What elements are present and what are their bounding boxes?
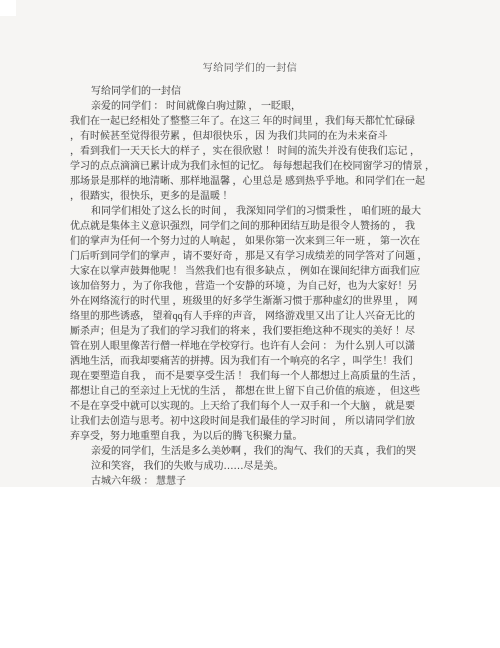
text-line: 古城六年级 ： 慧慧子 bbox=[70, 474, 456, 489]
text-line: 优点就是集体主义意识强烈，同学们之间的那种团结互助是很令人赞扬的 ， 我 bbox=[70, 219, 456, 234]
text-line: 弃享受，努力地重塑自我 ，为以后的腾飞积聚力量。 bbox=[70, 429, 456, 444]
text-line: 学习的点点滴滴已累计成为我们永恒的记忆。 每每想起我们在校同窗学习的情景 ， bbox=[70, 159, 456, 174]
text-line: 外在网络流行的时代里 ，班级里的好多学生渐渐习惯于那种虚幻的世界里 ， 网 bbox=[70, 294, 456, 309]
text-line: 现在要塑造自我 ， 而不是要享受生活 ！ 我们每一个人都想过上高质量的生活 ， bbox=[70, 369, 456, 384]
text-line: ，有时候甚至觉得很劳累 ，但却很快乐 ，因 为我们共同的在为未来奋斗 bbox=[70, 129, 456, 144]
text-line: 亲爱的同学们，生活是多么美妙啊 ，我们的淘气、我们的天真 ，我们的哭 bbox=[70, 444, 456, 459]
text-line: 写给同学们的一封信 bbox=[70, 84, 456, 99]
text-line: 厮杀声；但是为了我们的学习我们的将来 ，我们要拒绝这种不现实的美好 ！尽 bbox=[70, 324, 456, 339]
scan-corner-artifact bbox=[0, 0, 16, 16]
text-line: 不是在享受中就可以实现的。上天给了我们每个人一双手和一个大脑 ， 就是要 bbox=[70, 399, 456, 414]
text-line: 和同学们相处了这么长的时间 ， 我深知同学们的习惯秉性 ， 咱们班的最大 bbox=[70, 204, 456, 219]
text-line: 那场景是那样的地清晰、那样地温馨 ，心里总是 感到热乎乎地。和同学们在一起 bbox=[70, 174, 456, 189]
document-page: 写给同学们的一封信 写给同学们的一封信亲爱的同学们 ： 时间就像白驹过隙 ， 一… bbox=[0, 0, 500, 648]
text-line: 门后听到同学们的掌声 ，请不要好奇 ，那是又有学习成绩差的同学答对了问题 ， bbox=[70, 249, 456, 264]
document-body: 写给同学们的一封信亲爱的同学们 ： 时间就像白驹过隙 ， 一眨眼，我们在一起已经… bbox=[70, 84, 456, 489]
text-line: 亲爱的同学们 ： 时间就像白驹过隙 ， 一眨眼， bbox=[70, 99, 456, 114]
text-line: 让我们去创造与思考。初中这段时间是我们最佳的学习时间 ， 所以请同学们放 bbox=[70, 414, 456, 429]
text-line: 络里的那些诱惑， 望着qq有人手痒的声音， 网络游戏里又出了让人兴奋无比的 bbox=[70, 309, 456, 324]
text-line: ，看到我们一天天长大的样子 ，实在很欣慰 ！ 时间的流失并没有使我们忘记 ， bbox=[70, 144, 456, 159]
document-title: 写给同学们的一封信 bbox=[0, 62, 500, 76]
text-line: 们的掌声为任何一个努力过的人响起 ， 如果你第一次来到三年一班 ， 第一次在 bbox=[70, 234, 456, 249]
text-line: 该加倍努力 ，为了你我他 ，营造一个安静的环境 ，为自己好，也为大家好！另 bbox=[70, 279, 456, 294]
text-line: ，很踏实，很快乐，更多的是温暖 ！ bbox=[70, 189, 456, 204]
text-line: 管在别人眼里像苦行僧一样地在学校穿行。也许有人会问 ： 为什么别人可以潇 bbox=[70, 339, 456, 354]
text-line: 都想让自己的至亲过上无忧的生活 ， 都想在世上留下自己价值的痕迹 ， 但这些 bbox=[70, 384, 456, 399]
text-line: 泣和笑容， 我们的失败与成功……尽是美。 bbox=[70, 459, 456, 474]
text-line: 大家在以掌声鼓舞他呢 ！ 当然我们也有很多缺点 ， 例如在课间纪律方面我们应 bbox=[70, 264, 456, 279]
text-line: 洒地生活，而我却要痛苦的拼搏。因为我们有一个响亮的名字 ，叫学生！我们 bbox=[70, 354, 456, 369]
text-line: 我们在一起已经相处了整整三年了。在这三 年的时间里 ，我们每天都忙忙碌碌 bbox=[70, 114, 456, 129]
